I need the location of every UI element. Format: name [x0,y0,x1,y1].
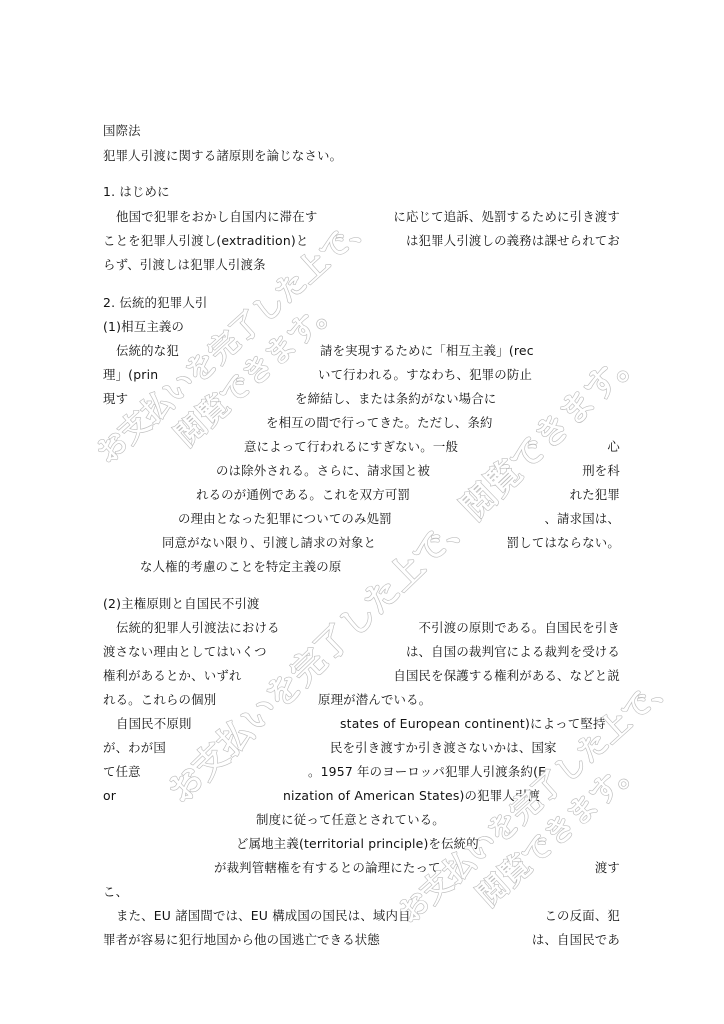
paragraph-line: 伝統的犯罪人引渡法における [116,620,280,636]
paragraph-line: ことを犯罪人引渡し(extradition)と [103,233,309,249]
paragraph-line: 渡す [595,860,620,876]
paragraph-line: 刑を科 [582,463,620,479]
question-text: 犯罪人引渡に関する諸原則を論じなさい。 [103,148,342,164]
paragraph-line: は、自国民であ [532,932,620,948]
paragraph-line: 民を引き渡すか引き渡さないかは、国家 [330,740,557,756]
paragraph-line: いて行われる。すなわち、犯罪の防止 [318,367,532,383]
paragraph-line: 伝統的な犯 [116,343,179,359]
paragraph-line: 現す [103,391,128,407]
paragraph-line: ど属地主義(territorial principle)を伝統的 [236,836,479,852]
subject-title: 国際法 [103,123,141,139]
paragraph-line: 他国で犯罪をおかし自国内に滞在す [116,209,317,225]
paragraph-line: 自国民を保護する権利がある、などと説 [393,668,620,684]
paragraph-line: 同意がない限り、引渡し請求の対象と [162,535,376,551]
paragraph-line: この反面、犯 [544,908,620,924]
paragraph-line: て任意 [103,764,141,780]
subsection-heading-1: (1)相互主義の [103,319,184,335]
paragraph-line: れるのが通例である。これを双方可罰 [196,487,410,503]
paragraph-line: 請を実現するために「相互主義」(rec [320,343,534,359]
paragraph-line: のは除外される。さらに、請求国と被 [216,463,430,479]
document-page: 国際法 犯罪人引渡に関する諸原則を論じなさい。 1. はじめに 他国で犯罪をおか… [0,0,724,1024]
paragraph-line: が、わが国 [103,740,166,756]
paragraph-line: nization of American States)の犯罪人引渡 [283,788,540,804]
paragraph-line: な人権的考慮のことを特定主義の原 [140,559,341,575]
paragraph-line: こ、 [103,884,128,900]
subsection-heading-2: (2)主権原則と自国民不引渡 [103,596,260,612]
paragraph-line: が裁判管轄権を有するとの論理にたって [214,860,441,876]
paragraph-line: 渡さない理由としてはいくつ [103,644,267,660]
paragraph-line: 制度に従って任意とされている。 [256,812,445,828]
paragraph-line: の理由となった犯罪についてのみ処罰 [178,511,392,527]
paragraph-line: らず、引渡しは犯罪人引渡条 [103,257,266,273]
paragraph-line: or [103,788,116,804]
paragraph-line: 、請求国は、 [544,511,620,527]
paragraph-line: 権利があるとか、いずれ [103,668,242,684]
paragraph-line: states of European continent)によって堅持 [340,716,606,732]
paragraph-line: 罪者が容易に犯行地国から他の国逃亡できる状態 [103,932,380,948]
section-heading-2: 2. 伝統的犯罪人引 [103,295,208,311]
paragraph-line: 意によって行われるにすぎない。一般 [244,439,458,455]
paragraph-line: また、EU 諸国間では、EU 構成国の国民は、域内自 [116,908,411,924]
paragraph-line: は、自国の裁判官による裁判を受ける [406,644,620,660]
paragraph-line: を締結し、または条約がない場合に [295,391,496,407]
paragraph-line: に応じて追訴、処罰するために引き渡す [393,209,620,225]
paragraph-line: 。1957 年のヨーロッパ犯罪人引渡条約(E [308,764,546,780]
paragraph-line: 心 [607,439,620,455]
paragraph-line: 自国民不原則 [116,716,192,732]
paragraph-line: 原理が潜んでいる。 [318,692,431,708]
paragraph-line: 理」(prin [103,367,158,383]
paragraph-line: 不引渡の原則である。自国民を引き [419,620,620,636]
paragraph-line: は犯罪人引渡しの義務は課せられてお [406,233,620,249]
paragraph-line: 罰してはならない。 [507,535,620,551]
section-heading-1: 1. はじめに [103,184,170,200]
paragraph-line: れた犯罪 [570,487,620,503]
paragraph-line: れる。これらの個別 [103,692,216,708]
paragraph-line: を相互の間で行ってきた。ただし、条約 [266,415,493,431]
